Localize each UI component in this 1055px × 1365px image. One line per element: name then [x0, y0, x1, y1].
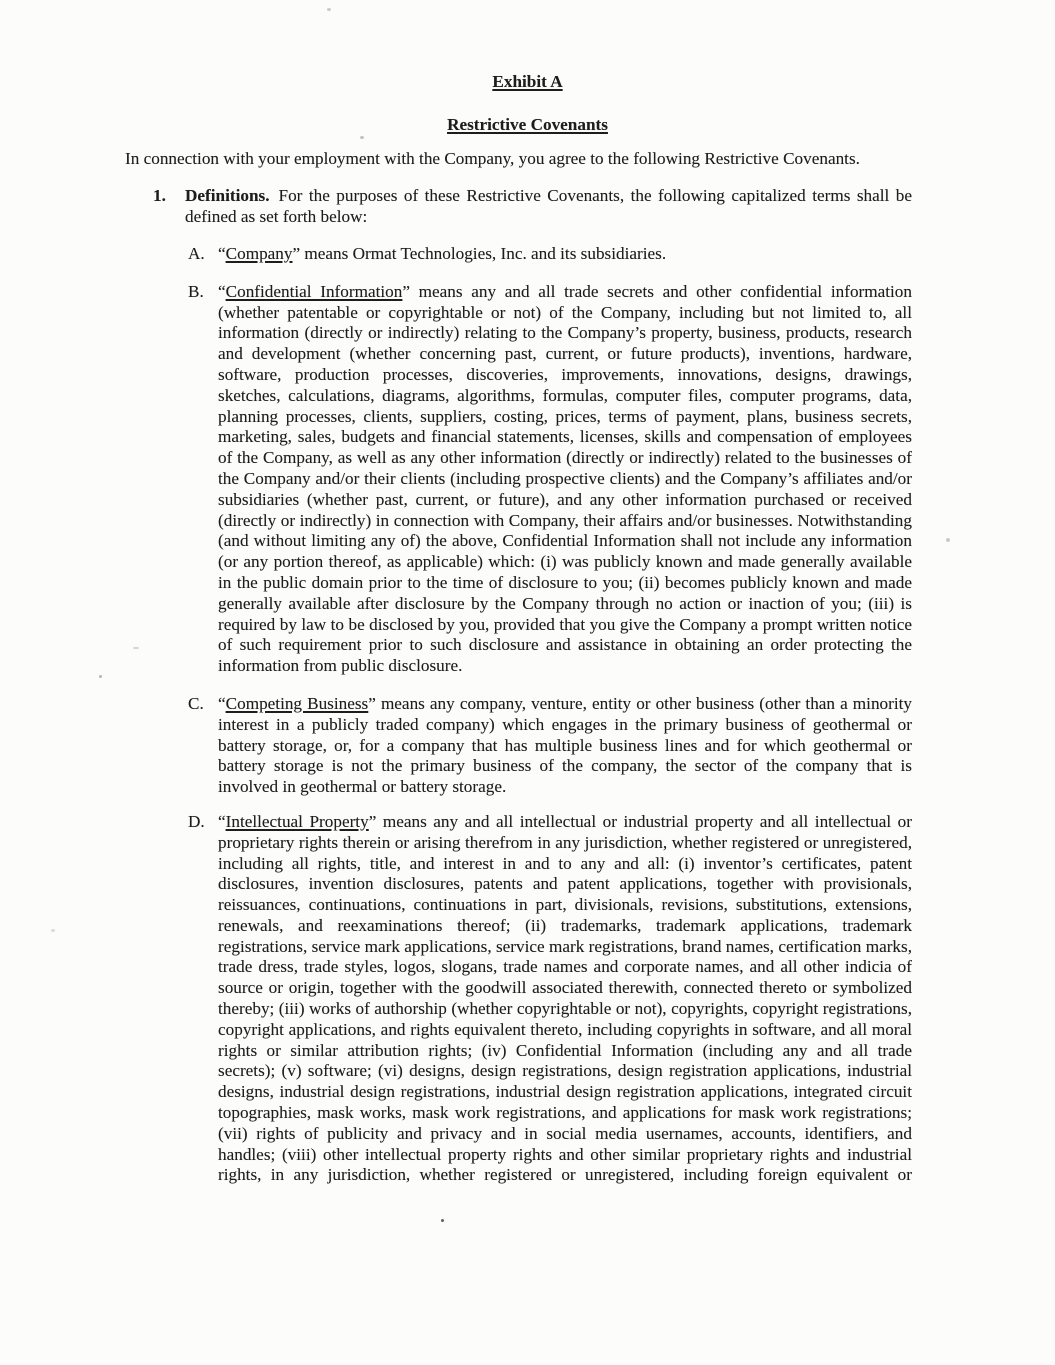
definition-item-confidential-information: B. “Confidential Information” means any … — [188, 282, 912, 677]
section-heading: Definitions. — [185, 186, 270, 205]
open-quote: “ — [218, 244, 226, 263]
definition-letter: A. — [188, 244, 218, 265]
definition-text: ” means Ormat Technologies, Inc. and its… — [292, 244, 666, 263]
document-subtitle-text: Restrictive Covenants — [447, 115, 608, 134]
definition-text: ” means any and all trade secrets and ot… — [218, 282, 912, 675]
definition-term: Company — [226, 244, 293, 263]
definition-text: ” means any and all intellectual or indu… — [218, 812, 912, 1185]
scan-speck — [946, 538, 950, 542]
section-body: Definitions.For the purposes of these Re… — [185, 186, 912, 228]
scan-speck — [360, 136, 364, 139]
scan-speck — [327, 8, 331, 11]
document-page: Exhibit A Restrictive Covenants In conne… — [0, 0, 1055, 1365]
definition-body: “Company” means Ormat Technologies, Inc.… — [218, 244, 912, 265]
document-subtitle: Restrictive Covenants — [0, 115, 1055, 136]
section-number: 1. — [153, 186, 185, 228]
definition-letter: D. — [188, 812, 218, 1186]
exhibit-title-text: Exhibit A — [492, 72, 562, 91]
definition-body: “Confidential Information” means any and… — [218, 282, 912, 677]
definition-body: “Intellectual Property” means any and al… — [218, 812, 912, 1186]
definition-term: Intellectual Property — [226, 812, 369, 831]
definition-letter: C. — [188, 694, 218, 798]
open-quote: “ — [218, 282, 226, 301]
definition-item-intellectual-property: D. “Intellectual Property” means any and… — [188, 812, 912, 1186]
open-quote: “ — [218, 694, 226, 713]
intro-paragraph: In connection with your employment with … — [125, 149, 912, 170]
definition-term: Competing Business — [226, 694, 369, 713]
definition-letter: B. — [188, 282, 218, 677]
section-body-text: For the purposes of these Restrictive Co… — [185, 186, 912, 226]
definition-item-company: A. “Company” means Ormat Technologies, I… — [188, 244, 912, 265]
open-quote: “ — [218, 812, 226, 831]
section-definitions: 1. Definitions.For the purposes of these… — [153, 186, 912, 228]
definition-term: Confidential Information — [226, 282, 403, 301]
definition-item-competing-business: C. “Competing Business” means any compan… — [188, 694, 912, 798]
scan-speck — [51, 929, 55, 932]
scan-speck — [99, 675, 102, 678]
scan-speck — [441, 1219, 444, 1222]
scan-speck — [133, 647, 139, 649]
exhibit-title: Exhibit A — [0, 72, 1055, 93]
definition-body: “Competing Business” means any company, … — [218, 694, 912, 798]
